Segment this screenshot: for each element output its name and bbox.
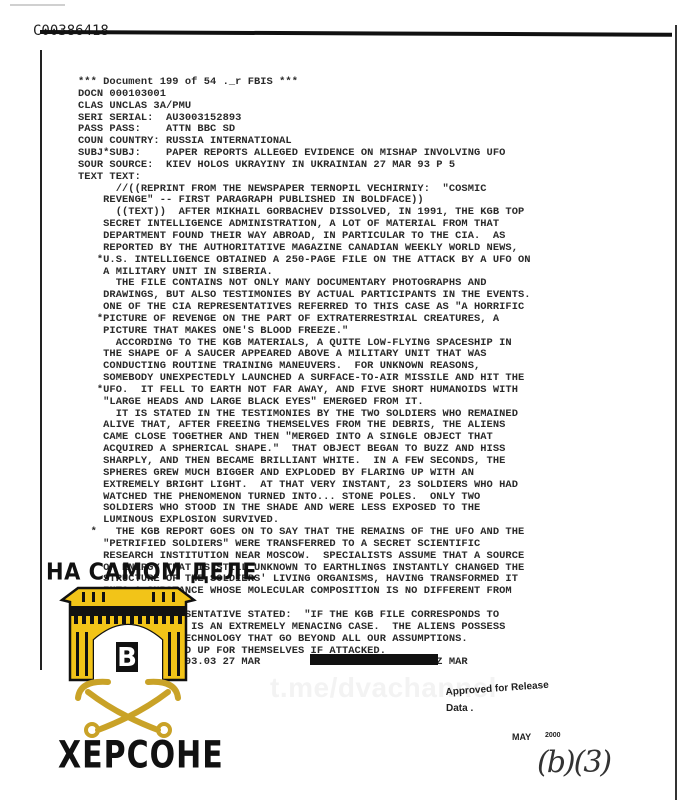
document-line: *U.S. INTELLIGENCE OBTAINED A 250-PAGE F… [78, 255, 638, 267]
left-border-rule [40, 50, 42, 670]
svg-text:В: В [117, 643, 137, 673]
arch-anchor-logo-icon: В [58, 580, 198, 740]
top-border-rule [40, 30, 672, 37]
document-line: "LARGE HEADS AND LARGE BLACK EYES" EMERG… [78, 397, 638, 409]
document-line: SOUR SOURCE: KIEV HOLOS UKRAYINY IN UKRA… [78, 160, 638, 172]
handwritten-exemption-code: (b)(3) [537, 745, 610, 780]
release-month: MAY [512, 732, 531, 742]
document-line: "PETRIFIED SOLDIERS" WERE TRANSFERRED TO… [78, 539, 638, 551]
document-line: *UFO. IT FELL TO EARTH NOT FAR AWAY, AND… [78, 385, 638, 397]
redaction-bar [310, 654, 438, 665]
document-line: PICTURE THAT MAKES ONE'S BLOOD FREEZE." [78, 326, 638, 338]
logo-bottom-text: ХЕРСОНЕ [58, 734, 224, 778]
document-line: SPHERES GREW MUCH BIGGER AND EXPLODED BY… [78, 468, 638, 480]
scan-artifact [10, 4, 65, 6]
document-line: CLAS UNCLAS 3A/PMU [78, 101, 638, 113]
right-border-rule [675, 25, 677, 800]
release-year: 2000 [545, 732, 561, 739]
release-date-label: Data . [446, 703, 473, 714]
document-line: TEXT TEXT: [78, 172, 638, 184]
document-line: *PICTURE OF REVENGE ON THE PART OF EXTRA… [78, 314, 638, 326]
document-line: REPORTED BY THE AUTHORITATIVE MAGAZINE C… [78, 243, 638, 255]
document-line: DOCN 000103001 [78, 89, 638, 101]
document-line: EXTREMELY BRIGHT LIGHT. AT THAT VERY INS… [78, 480, 638, 492]
